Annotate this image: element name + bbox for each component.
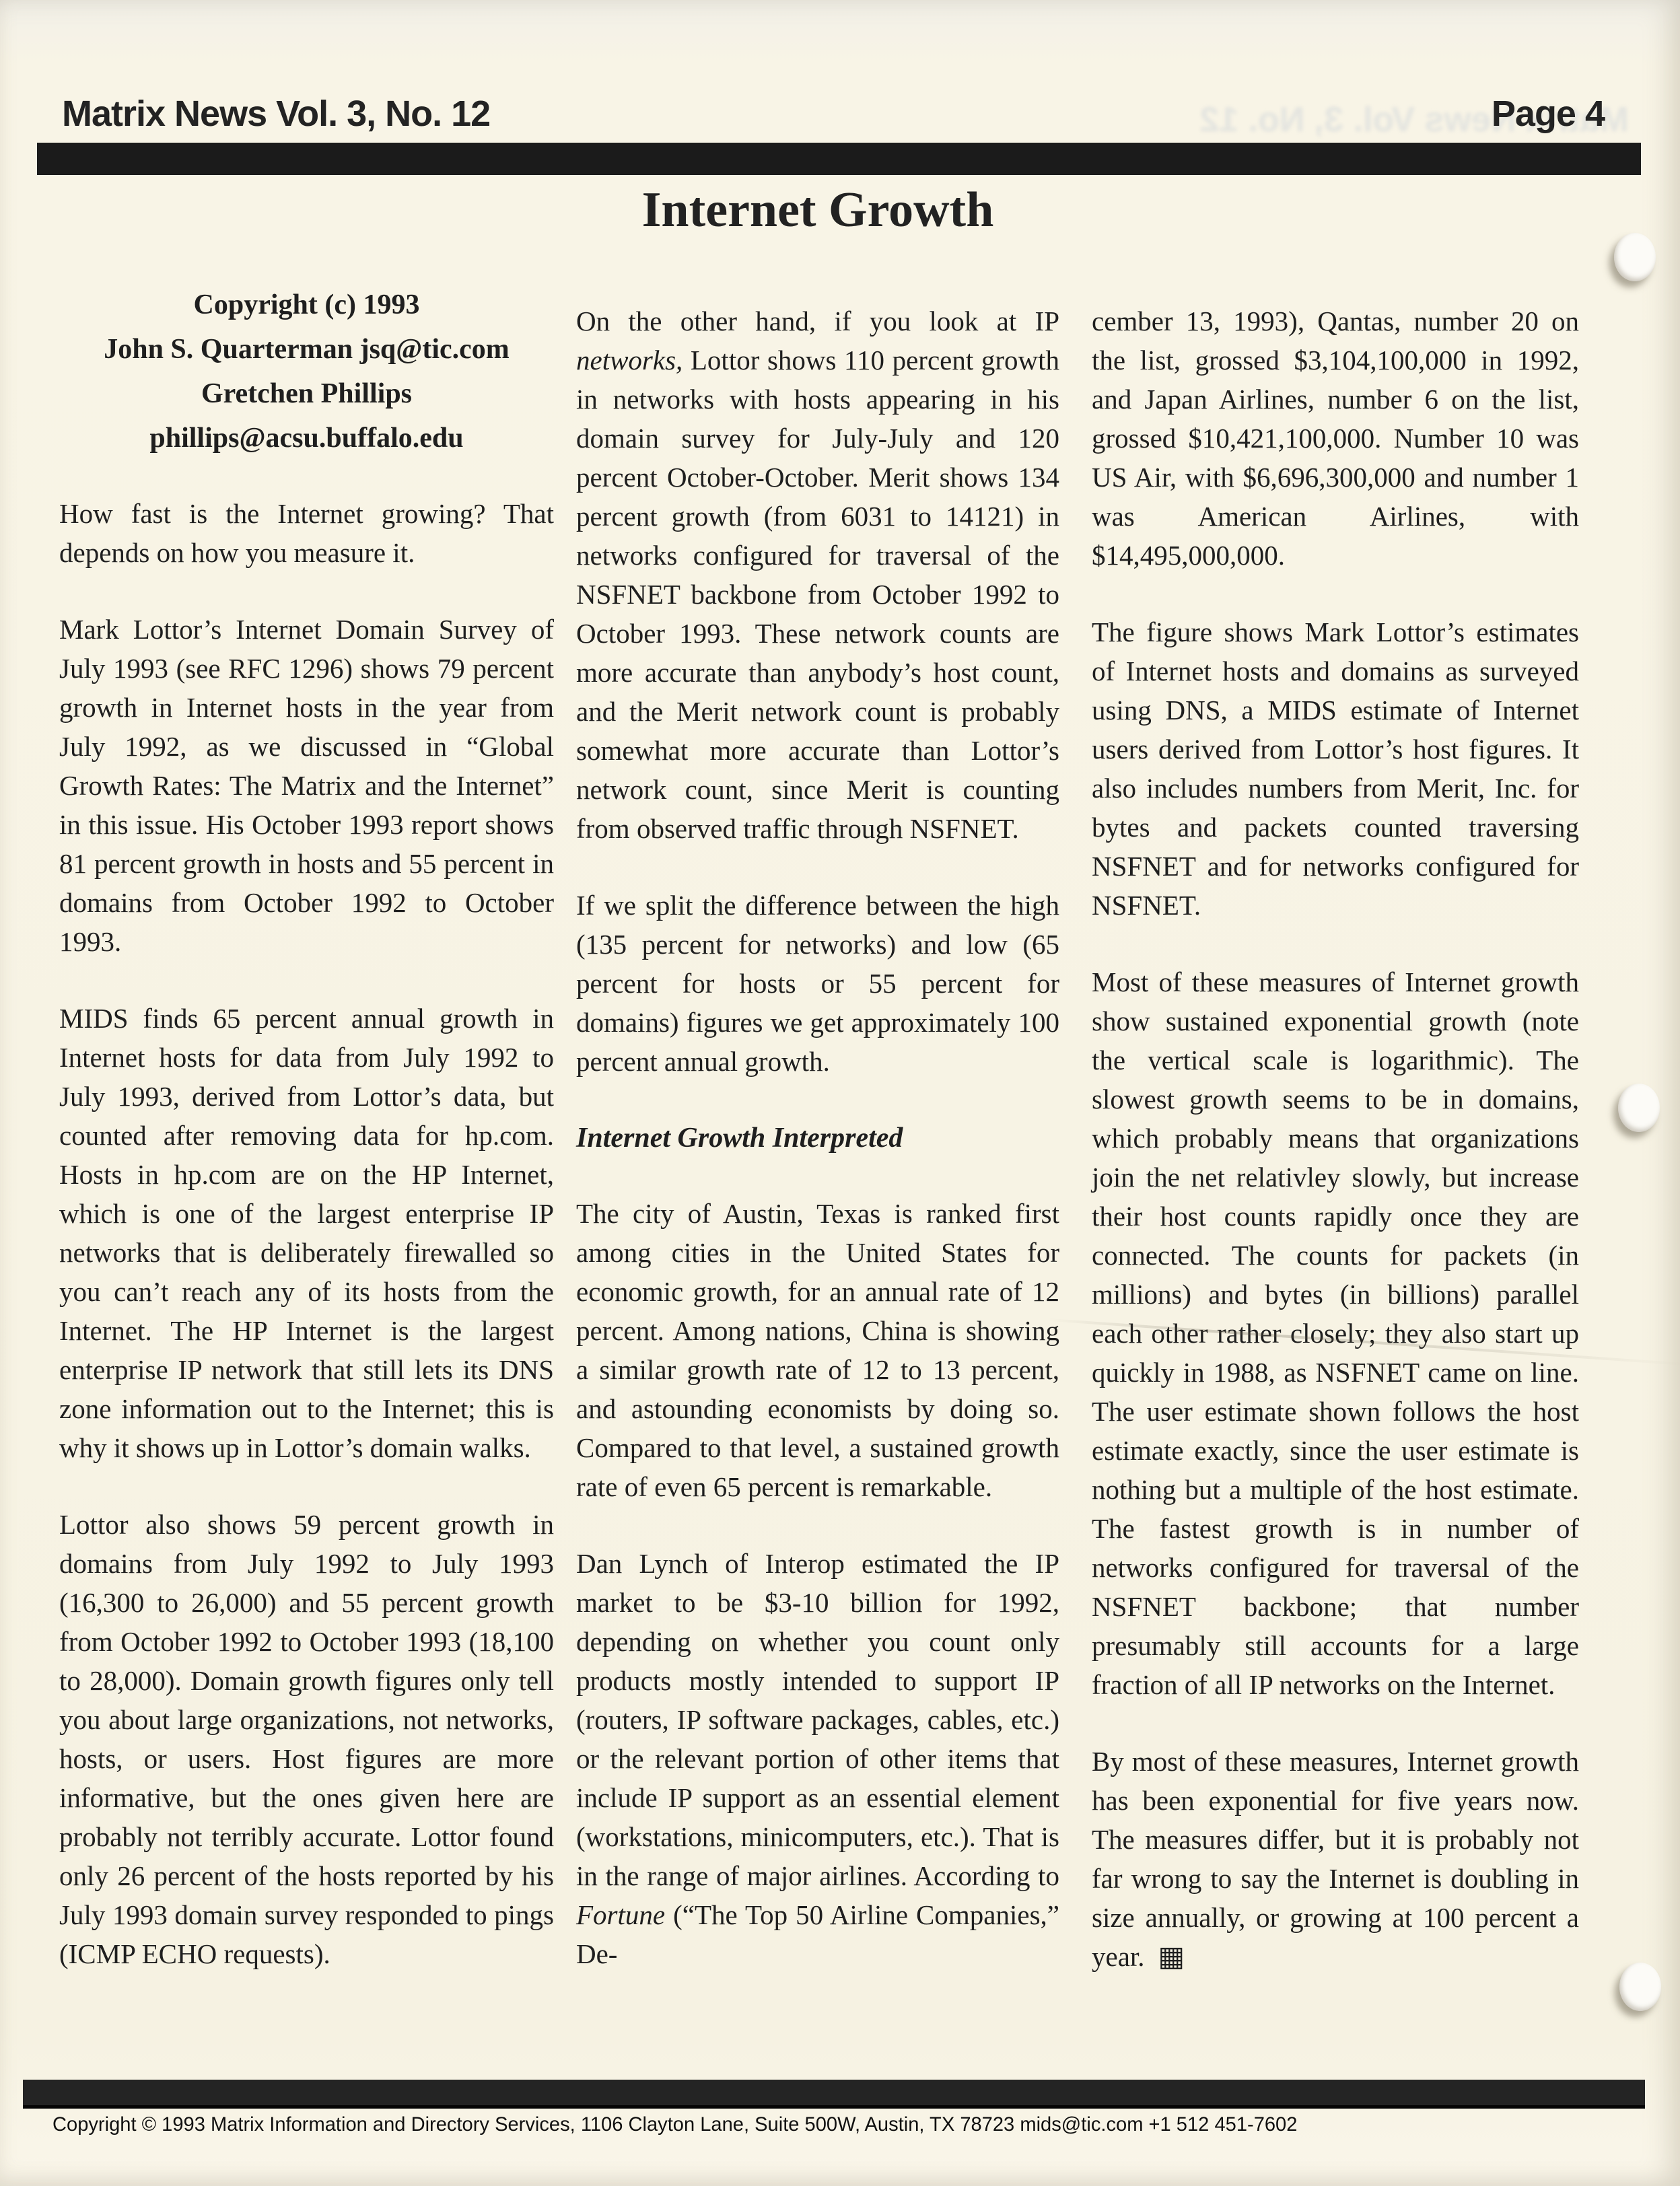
text-run: Most of these measures of Internet growt… (1092, 966, 1579, 1700)
byline-line: Gretchen Phillips (59, 372, 554, 416)
column-right: cember 13, 1993), Qantas, number 20 on t… (1092, 302, 1579, 2014)
footer-rule (23, 2080, 1645, 2109)
byline-line: Copyright (c) 1993 (59, 283, 554, 327)
text-run: Fortune (576, 1899, 665, 1930)
text-run: The figure shows Mark Lottor’s estimates… (1092, 616, 1579, 921)
body-paragraph: Dan Lynch of Interop estimated the IP ma… (576, 1544, 1059, 1973)
column-middle: On the other hand, if you look at IP net… (576, 302, 1059, 2011)
end-of-article-mark: ▦ (1145, 1940, 1185, 1973)
text-run: MIDS finds 65 percent annual growth in I… (59, 1003, 554, 1463)
text-run: On the other hand, if you look at IP (576, 306, 1059, 337)
text-run: By most of these measures, Internet grow… (1092, 1746, 1579, 1972)
text-run: Internet Growth Interpreted (576, 1123, 903, 1154)
text-run: Lottor shows 110 percent growth in netwo… (576, 345, 1059, 844)
text-run: How fast is the Internet growing? That d… (59, 498, 554, 568)
text-run: networks, (576, 345, 682, 376)
byline-line: phillips@acsu.buffalo.edu (59, 416, 554, 460)
text-run: Mark Lottor’s Internet Domain Survey of … (59, 614, 554, 957)
text-run: Lottor also shows 59 percent growth in d… (59, 1509, 554, 1969)
header-rule (37, 143, 1641, 175)
footer-copyright: Copyright © 1993 Matrix Information and … (53, 2113, 1297, 2136)
body-paragraph: Lottor also shows 59 percent growth in d… (59, 1505, 554, 1973)
body-paragraph: By most of these measures, Internet grow… (1092, 1742, 1579, 1976)
text-run: Dan Lynch of Interop estimated the IP ma… (576, 1548, 1059, 1891)
newsletter-name: Matrix News Vol. 3, No. 12 (62, 93, 490, 135)
body-paragraph: The figure shows Mark Lottor’s estimates… (1092, 612, 1579, 925)
body-paragraph: How fast is the Internet growing? That d… (59, 494, 554, 572)
body-paragraph: Most of these measures of Internet growt… (1092, 962, 1579, 1704)
column-left: Copyright (c) 1993John S. Quarterman jsq… (59, 283, 554, 2011)
page-header: Matrix News Vol. 3, No. 12 Page 4 (62, 93, 1605, 135)
article-byline: Copyright (c) 1993John S. Quarterman jsq… (59, 283, 554, 460)
binder-hole (1619, 1963, 1661, 2011)
text-run: cember 13, 1993), Qantas, number 20 on t… (1092, 306, 1579, 571)
text-run: The city of Austin, Texas is ranked firs… (576, 1198, 1059, 1502)
page-number: Page 4 (1492, 93, 1605, 135)
section-subheading: Internet Growth Interpreted (576, 1119, 1059, 1158)
body-paragraph: MIDS finds 65 percent annual growth in I… (59, 999, 554, 1467)
binder-hole (1614, 233, 1656, 281)
byline-line: John S. Quarterman jsq@tic.com (59, 327, 554, 372)
text-run: If we split the difference between the h… (576, 890, 1059, 1077)
body-paragraph: On the other hand, if you look at IP net… (576, 302, 1059, 848)
body-paragraph: cember 13, 1993), Qantas, number 20 on t… (1092, 302, 1579, 575)
body-paragraph: Mark Lottor’s Internet Domain Survey of … (59, 610, 554, 961)
binder-hole (1618, 1084, 1660, 1132)
newsletter-page: Matrix News Vol. 3, No. 12 Matrix News V… (0, 0, 1680, 2186)
body-paragraph: The city of Austin, Texas is ranked firs… (576, 1194, 1059, 1506)
article-title: Internet Growth (576, 182, 1059, 239)
body-paragraph: If we split the difference between the h… (576, 886, 1059, 1081)
